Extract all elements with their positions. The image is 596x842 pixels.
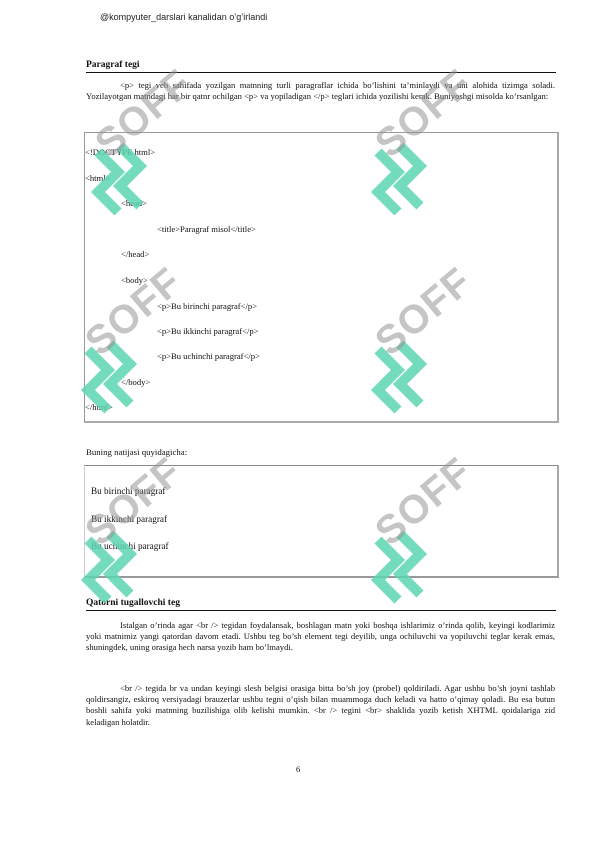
code-line: </head> — [121, 249, 149, 259]
code-line: <!DOCTYPE html> — [85, 147, 155, 157]
code-example-box: <!DOCTYPE html> <html> <head> <title>Par… — [84, 132, 559, 423]
code-line: <head> — [121, 198, 147, 208]
result-line: Bu ikkinchi paragraf — [91, 514, 167, 524]
code-line: <p>Bu birinchi paragraf</p> — [157, 301, 257, 311]
result-preview-box: Bu birinchi paragraf Bu ikkinchi paragra… — [84, 465, 559, 578]
code-line: <body> — [121, 275, 148, 285]
code-line: </body> — [121, 377, 150, 387]
code-line: <html> — [85, 173, 110, 183]
section-paragraph-br-2: <br /> tegida br va undan keyingi slesh … — [86, 683, 555, 728]
code-line: <p>Bu ikkinchi paragraf</p> — [157, 326, 258, 336]
code-line: </html> — [85, 402, 113, 412]
result-line: Bu uchinchi paragraf — [91, 541, 169, 551]
code-line: <p>Bu uchinchi paragraf</p> — [157, 351, 260, 361]
section-title-paragraph-tag: Paragraf tegi — [86, 60, 556, 73]
section-paragraph-br-1: Istalgan o’rinda agar <br /> tegidan foy… — [86, 620, 555, 654]
result-line: Bu birinchi paragraf — [91, 486, 166, 496]
page-number: 6 — [296, 764, 300, 774]
code-line: <title>Paragraf misol</title> — [157, 224, 256, 234]
section-paragraph-intro: <p> tegi veb sahifada yozilgan matnning … — [86, 80, 555, 102]
section-title-line-break-tag: Qatorni tugallovchi teg — [86, 598, 556, 611]
header-note: @kompyuter_darslari kanalidan o’g’irland… — [100, 12, 267, 22]
result-label: Buning natijasi quyidagicha: — [86, 447, 187, 457]
